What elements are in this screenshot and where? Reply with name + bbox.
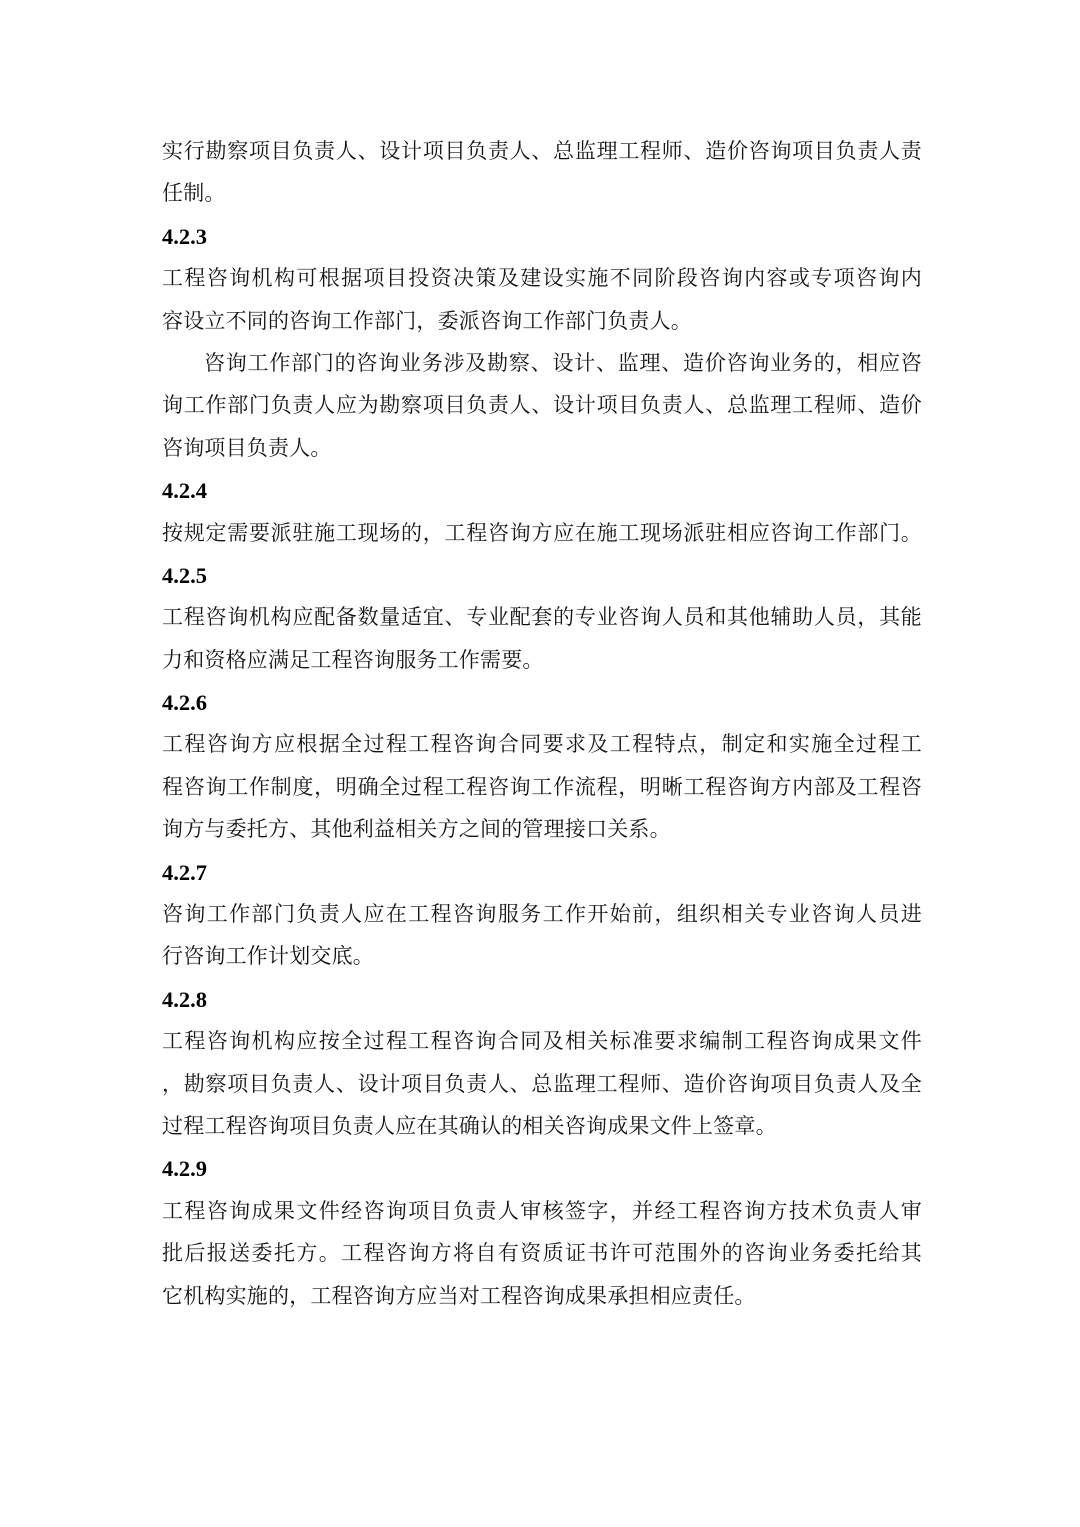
text-line: 工程咨询成果文件经咨询项目负责人审核签字，并经工程咨询方技术负责人审	[162, 1191, 922, 1233]
section-heading: 4.2.8	[162, 979, 922, 1021]
text-line: 工程咨询方应根据全过程工程咨询合同要求及工程特点，制定和实施全过程工	[162, 724, 922, 766]
text-line: 任制。	[162, 173, 922, 215]
text-line: 询方与委托方、其他利益相关方之间的管理接口关系。	[162, 809, 922, 851]
text-line: 它机构实施的，工程咨询方应当对工程咨询成果承担相应责任。	[162, 1276, 922, 1318]
text-line: 行咨询工作计划交底。	[162, 936, 922, 978]
text-line: 力和资格应满足工程咨询服务工作需要。	[162, 640, 922, 682]
text-line: 咨询项目负责人。	[162, 428, 922, 470]
text-column: 实行勘察项目负责人、设计项目负责人、总监理工程师、造价咨询项目负责人责 任制。 …	[162, 131, 922, 1318]
section-heading: 4.2.3	[162, 216, 922, 258]
text-line: 按规定需要派驻施工现场的，工程咨询方应在施工现场派驻相应咨询工作部门。	[162, 513, 922, 555]
text-line: 咨询工作部门的咨询业务涉及勘察、设计、监理、造价咨询业务的，相应咨	[162, 343, 922, 385]
text-line: 咨询工作部门负责人应在工程咨询服务工作开始前，组织相关专业咨询人员进	[162, 894, 922, 936]
text-line: 工程咨询机构应配备数量适宜、专业配套的专业咨询人员和其他辅助人员，其能	[162, 597, 922, 639]
text-line: 过程工程咨询项目负责人应在其确认的相关咨询成果文件上签章。	[162, 1106, 922, 1148]
text-line: 容设立不同的咨询工作部门，委派咨询工作部门负责人。	[162, 301, 922, 343]
text-line: 程咨询工作制度，明确全过程工程咨询工作流程，明晰工程咨询方内部及工程咨	[162, 767, 922, 809]
text-line: 工程咨询机构应按全过程工程咨询合同及相关标准要求编制工程咨询成果文件	[162, 1021, 922, 1063]
section-heading: 4.2.7	[162, 852, 922, 894]
section-heading: 4.2.5	[162, 555, 922, 597]
section-heading: 4.2.4	[162, 470, 922, 512]
text-line: 工程咨询机构可根据项目投资决策及建设实施不同阶段咨询内容或专项咨询内	[162, 258, 922, 300]
text-line: ，勘察项目负责人、设计项目负责人、总监理工程师、造价咨询项目负责人及全	[162, 1064, 922, 1106]
section-heading: 4.2.9	[162, 1148, 922, 1190]
text-line: 询工作部门负责人应为勘察项目负责人、设计项目负责人、总监理工程师、造价	[162, 385, 922, 427]
section-heading: 4.2.6	[162, 682, 922, 724]
text-line: 批后报送委托方。工程咨询方将自有资质证书许可范围外的咨询业务委托给其	[162, 1233, 922, 1275]
text-line: 实行勘察项目负责人、设计项目负责人、总监理工程师、造价咨询项目负责人责	[162, 131, 922, 173]
document-page: 实行勘察项目负责人、设计项目负责人、总监理工程师、造价咨询项目负责人责 任制。 …	[0, 0, 1080, 1527]
